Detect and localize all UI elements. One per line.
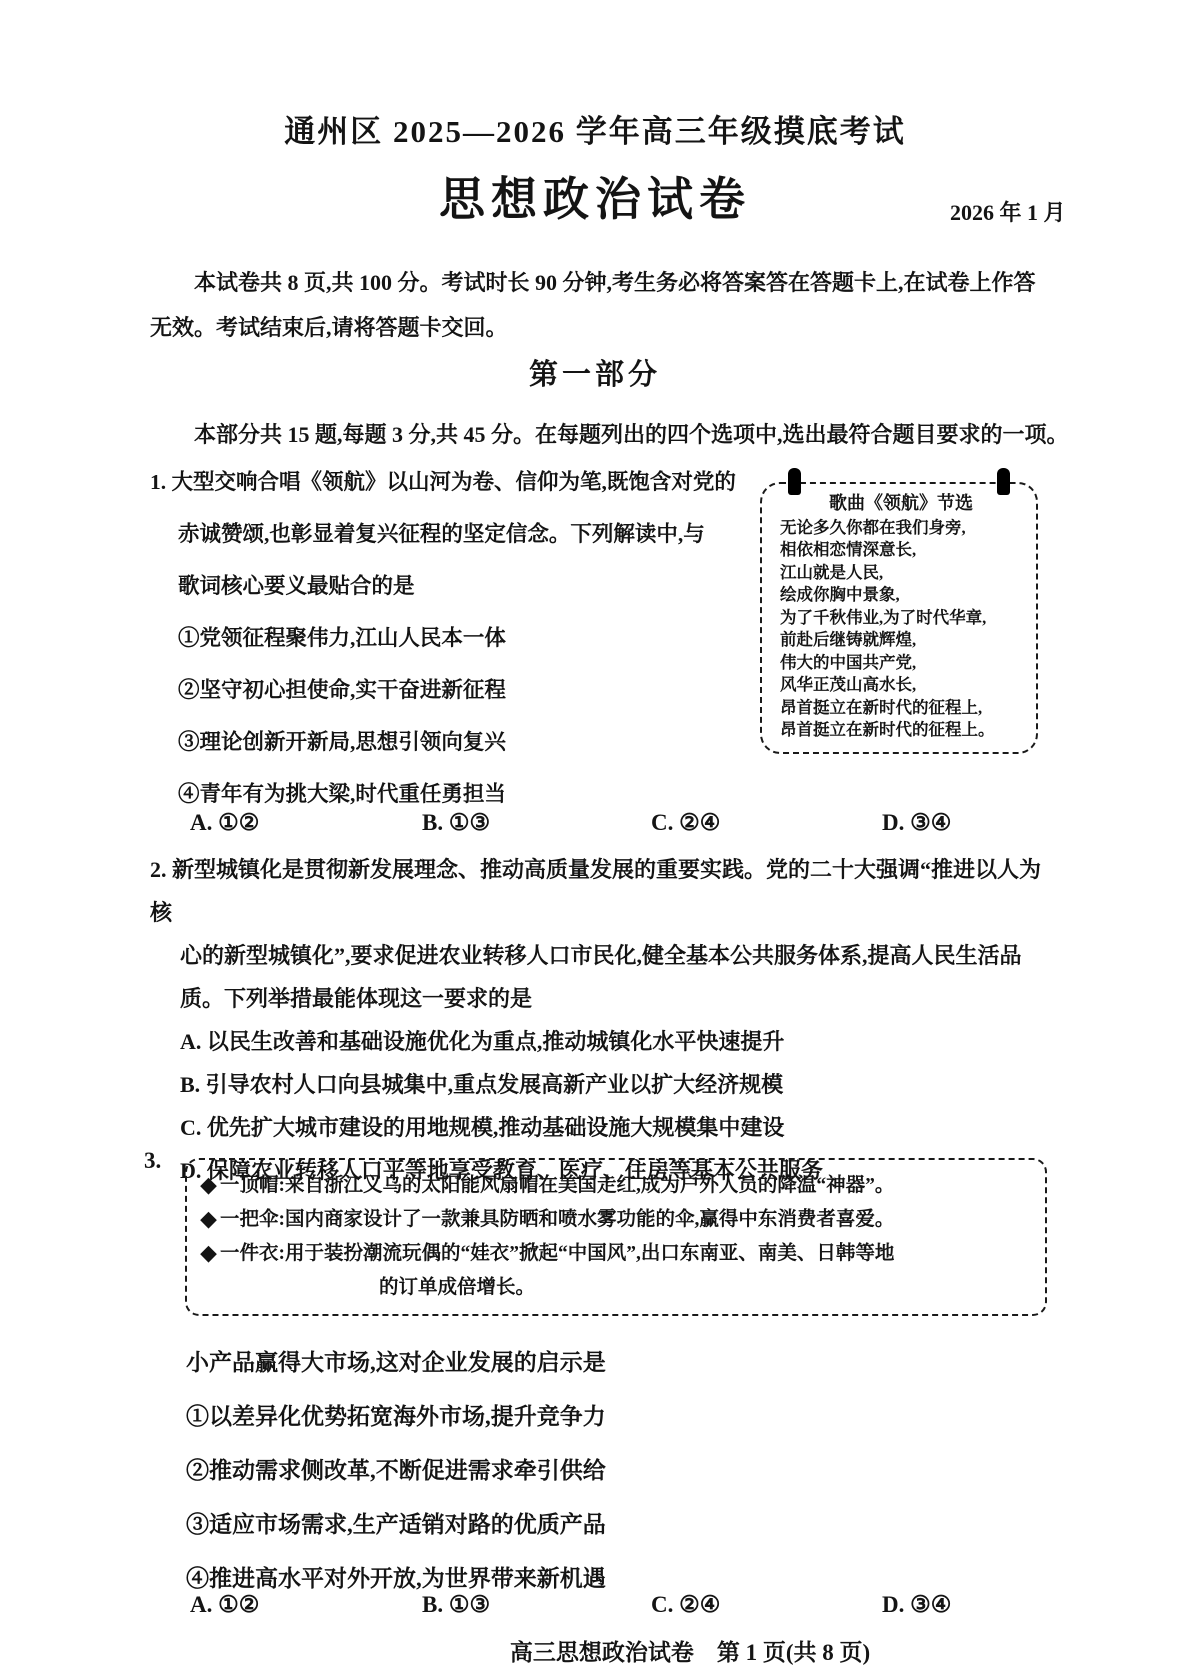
q2-option-b: B. 引导农村人口向县城集中,重点发展高新产业以扩大经济规模 [150,1063,1062,1106]
instructions-line-1: 本试卷共 8 页,共 100 分。考试时长 90 分钟,考生务必将答案答在答题卡… [150,260,1055,305]
q3-box-line: ◆一件衣:用于装扮潮流玩偶的“娃衣”掀起“中国风”,出口东南亚、南美、日韩等地 [201,1237,1031,1271]
lyric-box-title: 歌曲《领航》节选 [780,492,1022,515]
q2-stem-line: 2. 新型城镇化是贯彻新发展理念、推动高质量发展的重要实践。党的二十大强调“推进… [150,848,1062,934]
lyric-line: 昂首挺立在新时代的征程上。 [780,719,1022,742]
diamond-bullet-icon: ◆ [201,1168,217,1204]
q3-lead: 小产品赢得大市场,这对企业发展的启示是 [186,1336,1066,1390]
lyric-line: 前赴后继铸就辉煌, [780,629,1022,652]
q1-stem-line: 歌词核心要义最贴合的是 [150,560,750,612]
q3-item: ①以差异化优势拓宽海外市场,提升竞争力 [186,1390,1066,1444]
exam-instructions: 本试卷共 8 页,共 100 分。考试时长 90 分钟,考生务必将答案答在答题卡… [150,260,1055,350]
part-one-intro: 本部分共 15 题,每题 3 分,共 45 分。在每题列出的四个选项中,选出最符… [150,418,1070,449]
question-1: 1. 大型交响合唱《领航》以山河为卷、信仰为笔,既饱含对党的 赤诚赞颂,也彰显着… [150,456,1055,820]
q1-options-row: A. ①② B. ①③ C. ②④ D. ③④ [150,810,1090,850]
q1-option-d: D. ③④ [882,810,951,836]
exam-title: 通州区 2025—2026 学年高三年级摸底考试 [0,106,1190,151]
q1-item: ②坚守初心担使命,实干奋进新征程 [150,664,750,716]
q3-box-line: ◆一把伞:国内商家设计了一款兼具防晒和喷水雾功能的伞,赢得中东消费者喜爱。 [201,1203,1031,1237]
q1-option-b: B. ①③ [422,810,490,836]
part-one-heading: 第一部分 [0,352,1190,393]
question-1-text: 1. 大型交响合唱《领航》以山河为卷、信仰为笔,既饱含对党的 赤诚赞颂,也彰显着… [150,456,750,820]
q1-item: ③理论创新开新局,思想引领向复兴 [150,716,750,768]
lyric-line: 风华正茂山高水长, [780,674,1022,697]
question-2: 2. 新型城镇化是贯彻新发展理念、推动高质量发展的重要实践。党的二十大强调“推进… [150,848,1062,1192]
pin-icon [788,468,801,495]
pin-icon [997,468,1010,495]
q2-stem-line: 心的新型城镇化”,要求促进农业转移人口市民化,健全基本公共服务体系,提高人民生活… [150,934,1062,977]
q3-option-d: D. ③④ [882,1592,951,1618]
instructions-line-2: 无效。考试结束后,请将答题卡交回。 [150,305,1055,350]
lyric-box: 歌曲《领航》节选 无论多久你都在我们身旁, 相依相恋情深意长, 江山就是人民, … [760,482,1038,754]
lyric-line: 江山就是人民, [780,562,1022,585]
question-3-text: 小产品赢得大市场,这对企业发展的启示是 ①以差异化优势拓宽海外市场,提升竞争力 … [186,1336,1066,1606]
lyric-line: 伟大的中国共产党, [780,652,1022,675]
q2-option-c: C. 优先扩大城市建设的用地规模,推动基础设施大规模集中建设 [150,1106,1062,1149]
exam-paper-page: 通州区 2025—2026 学年高三年级摸底考试 思想政治试卷 2026 年 1… [0,0,1190,1678]
q3-material-box: ◆一顶帽:来自浙江义乌的太阳能风扇帽在美国走红,成为户外人员的降温“神器”。 ◆… [185,1158,1047,1316]
q1-stem-line: 1. 大型交响合唱《领航》以山河为卷、信仰为笔,既饱含对党的 [150,456,750,508]
lyric-line: 无论多久你都在我们身旁, [780,517,1022,540]
q2-stem-line: 质。下列举措最能体现这一要求的是 [150,977,1062,1020]
q3-box-text: 一件衣:用于装扮潮流玩偶的“娃衣”掀起“中国风”,出口东南亚、南美、日韩等地 [220,1243,894,1264]
q3-item: ③适应市场需求,生产适销对路的优质产品 [186,1498,1066,1552]
lyric-line: 绘成你胸中景象, [780,584,1022,607]
q3-number: 3. [144,1148,161,1174]
q1-option-c: C. ②④ [651,810,720,836]
diamond-bullet-icon: ◆ [201,1236,217,1272]
q3-box-line: 的订单成倍增长。 [201,1271,1031,1305]
q3-options-row: A. ①② B. ①③ C. ②④ D. ③④ [150,1592,1090,1632]
lyric-line: 昂首挺立在新时代的征程上, [780,697,1022,720]
q3-box-text: 一顶帽:来自浙江义乌的太阳能风扇帽在美国走红,成为户外人员的降温“神器”。 [220,1175,894,1196]
q3-box-text: 一把伞:国内商家设计了一款兼具防晒和喷水雾功能的伞,赢得中东消费者喜爱。 [220,1209,894,1230]
exam-date: 2026 年 1 月 [950,196,1066,227]
q3-box-line: ◆一顶帽:来自浙江义乌的太阳能风扇帽在美国走红,成为户外人员的降温“神器”。 [201,1169,1031,1203]
q1-option-a: A. ①② [190,810,259,836]
diamond-bullet-icon: ◆ [201,1202,217,1238]
q3-option-b: B. ①③ [422,1592,490,1618]
q3-option-c: C. ②④ [651,1592,720,1618]
page-footer: 高三思想政治试卷 第 1 页(共 8 页) [0,1634,1190,1667]
q3-item: ②推动需求侧改革,不断促进需求牵引供给 [186,1444,1066,1498]
lyric-line: 为了千秋伟业,为了时代华章, [780,607,1022,630]
q1-item: ①党领征程聚伟力,江山人民本一体 [150,612,750,664]
lyric-line: 相依相恋情深意长, [780,539,1022,562]
q3-option-a: A. ①② [190,1592,259,1618]
q2-option-a: A. 以民生改善和基础设施优化为重点,推动城镇化水平快速提升 [150,1020,1062,1063]
q1-stem-line: 赤诚赞颂,也彰显着复兴征程的坚定信念。下列解读中,与 [150,508,750,560]
